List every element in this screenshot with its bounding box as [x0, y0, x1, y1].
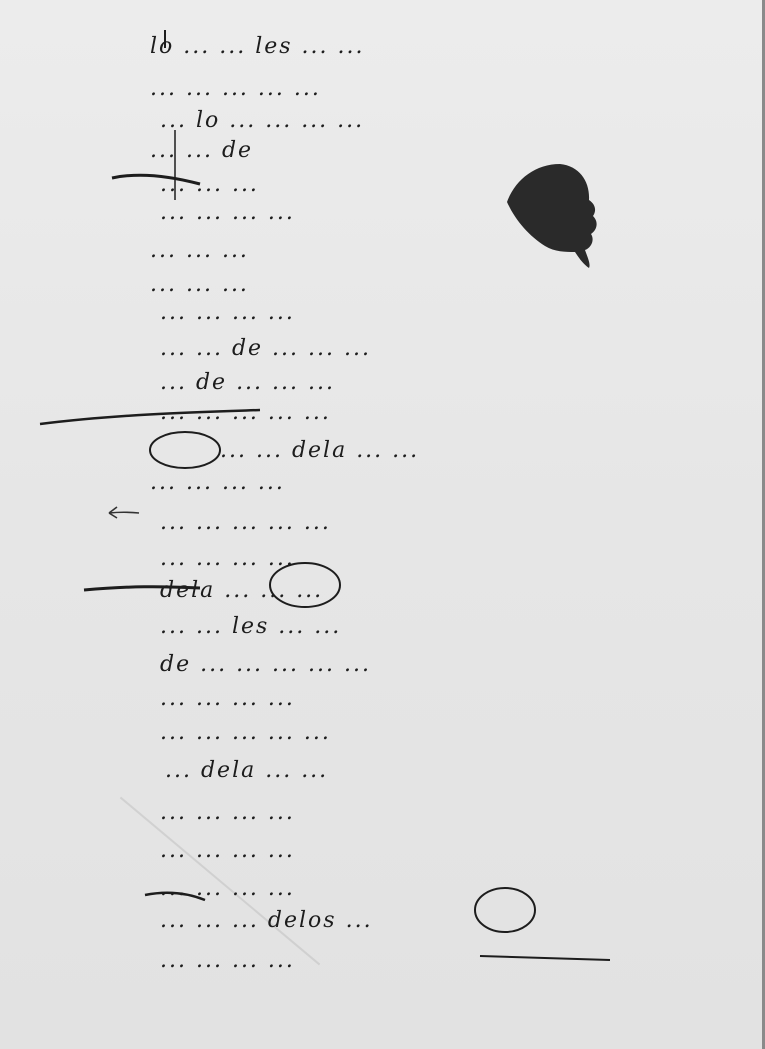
manuscript-line: ... ... ... ... ...	[150, 76, 321, 101]
manuscript-line: ... ... ... ... ...	[160, 400, 331, 425]
manuscript-line: ... ... les ... ...	[160, 614, 341, 639]
manuscript-line: ... ... ... ... ...	[160, 720, 331, 745]
manuscript-line: ... ... ... ...	[160, 838, 295, 863]
manuscript-line: ... ... ... ... ...	[160, 510, 331, 535]
manuscript-line: de ... ... ... ... ...	[160, 652, 371, 677]
manuscript-line: ... lo ... ... ... ...	[160, 108, 364, 133]
manuscript-line: ... ... ... ...	[160, 876, 295, 901]
manuscript-line: ... ... ... ...	[150, 470, 285, 495]
manuscript-line: dela ... ... ...	[160, 578, 323, 603]
manuscript-line: lo ... ... les ... ...	[150, 34, 365, 59]
manuscript-line: ... ... ...	[150, 238, 249, 263]
manuscript-line: ... ... ... ...	[160, 300, 295, 325]
manuscript-line: ... ... ... ...	[160, 546, 295, 571]
margin-arrow-icon	[105, 503, 141, 521]
manuscript-line: ... ... ... ...	[160, 800, 295, 825]
manuscript-line: ... de ... ... ...	[160, 370, 335, 395]
manuscript-line: ... dela ... ...	[165, 758, 328, 783]
manuscript-page: lo ... ... les ... ... ... ... ... ... .…	[0, 0, 765, 1049]
manuscript-line: ... ... ...	[150, 272, 249, 297]
manuscript-line: ... ... de ... ... ...	[160, 336, 371, 361]
pen-flourishes	[0, 0, 765, 1049]
manuscript-line: ... ... dela ... ...	[220, 438, 419, 463]
manuscript-line: ... ... ...	[160, 172, 259, 197]
ink-blot-icon	[505, 160, 605, 270]
manuscript-line: ... ... ... delos ...	[160, 908, 373, 933]
manuscript-line: ... ... de	[150, 138, 253, 163]
manuscript-line: ... ... ... ...	[160, 686, 295, 711]
manuscript-line: ... ... ... ...	[160, 200, 295, 225]
manuscript-line: ... ... ... ...	[160, 948, 295, 973]
